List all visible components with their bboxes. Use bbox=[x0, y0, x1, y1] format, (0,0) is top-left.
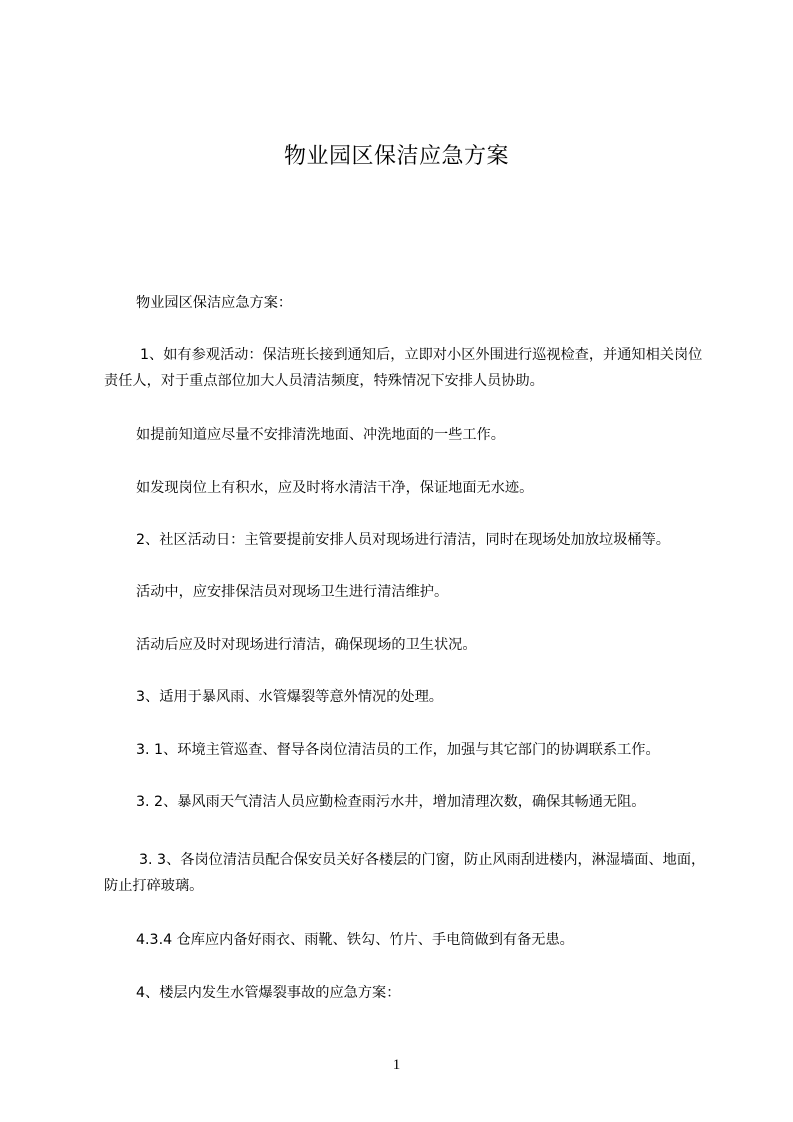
page-number: 1 bbox=[0, 1055, 793, 1075]
document-page: 物业园区保洁应急方案 物业园区保洁应急方案： 1、如有参观活动：保洁班长接到通知… bbox=[0, 0, 793, 1122]
paragraph-item-1-note-a: 如提前知道应尽量不安排清洗地面、冲洗地面的一些工作。 bbox=[104, 422, 716, 448]
paragraph-item-3-2: 3. 2、暴风雨天气清洁人员应勤检查雨污水井，增加清理次数，确保其畅通无阻。 bbox=[104, 789, 716, 815]
paragraph-item-4: 4、楼层内发生水管爆裂事故的应急方案： bbox=[104, 980, 716, 1006]
paragraph-item-4-3-4: 4.3.4 仓库应内备好雨衣、雨靴、铁勾、竹片、手电筒做到有备无患。 bbox=[104, 927, 716, 953]
paragraph-intro: 物业园区保洁应急方案： bbox=[104, 290, 716, 316]
paragraph-item-1-note-b: 如发现岗位上有积水，应及时将水清洁干净，保证地面无水迹。 bbox=[104, 475, 716, 501]
paragraph-item-3: 3、适用于暴风雨、水管爆裂等意外情况的处理。 bbox=[104, 684, 716, 710]
paragraph-item-2-note-b: 活动后应及时对现场进行清洁，确保现场的卫生状况。 bbox=[104, 632, 716, 658]
paragraph-item-3-1: 3. 1、环境主管巡查、督导各岗位清洁员的工作，加强与其它部门的协调联系工作。 bbox=[104, 737, 744, 763]
paragraph-item-2: 2、社区活动日：主管要提前安排人员对现场进行清洁，同时在现场处加放垃圾桶等。 bbox=[104, 527, 744, 553]
paragraph-item-2-note-a: 活动中，应安排保洁员对现场卫生进行清洁维护。 bbox=[104, 579, 716, 605]
paragraph-item-3-3: 3. 3、各岗位清洁员配合保安员关好各楼层的门窗，防止风雨刮进楼内，淋湿墙面、地… bbox=[104, 847, 716, 899]
paragraph-item-1: 1、如有参观活动：保洁班长接到通知后，立即对小区外围进行巡视检查，并通知相关岗位… bbox=[104, 342, 716, 394]
document-title: 物业园区保洁应急方案 bbox=[0, 142, 793, 172]
